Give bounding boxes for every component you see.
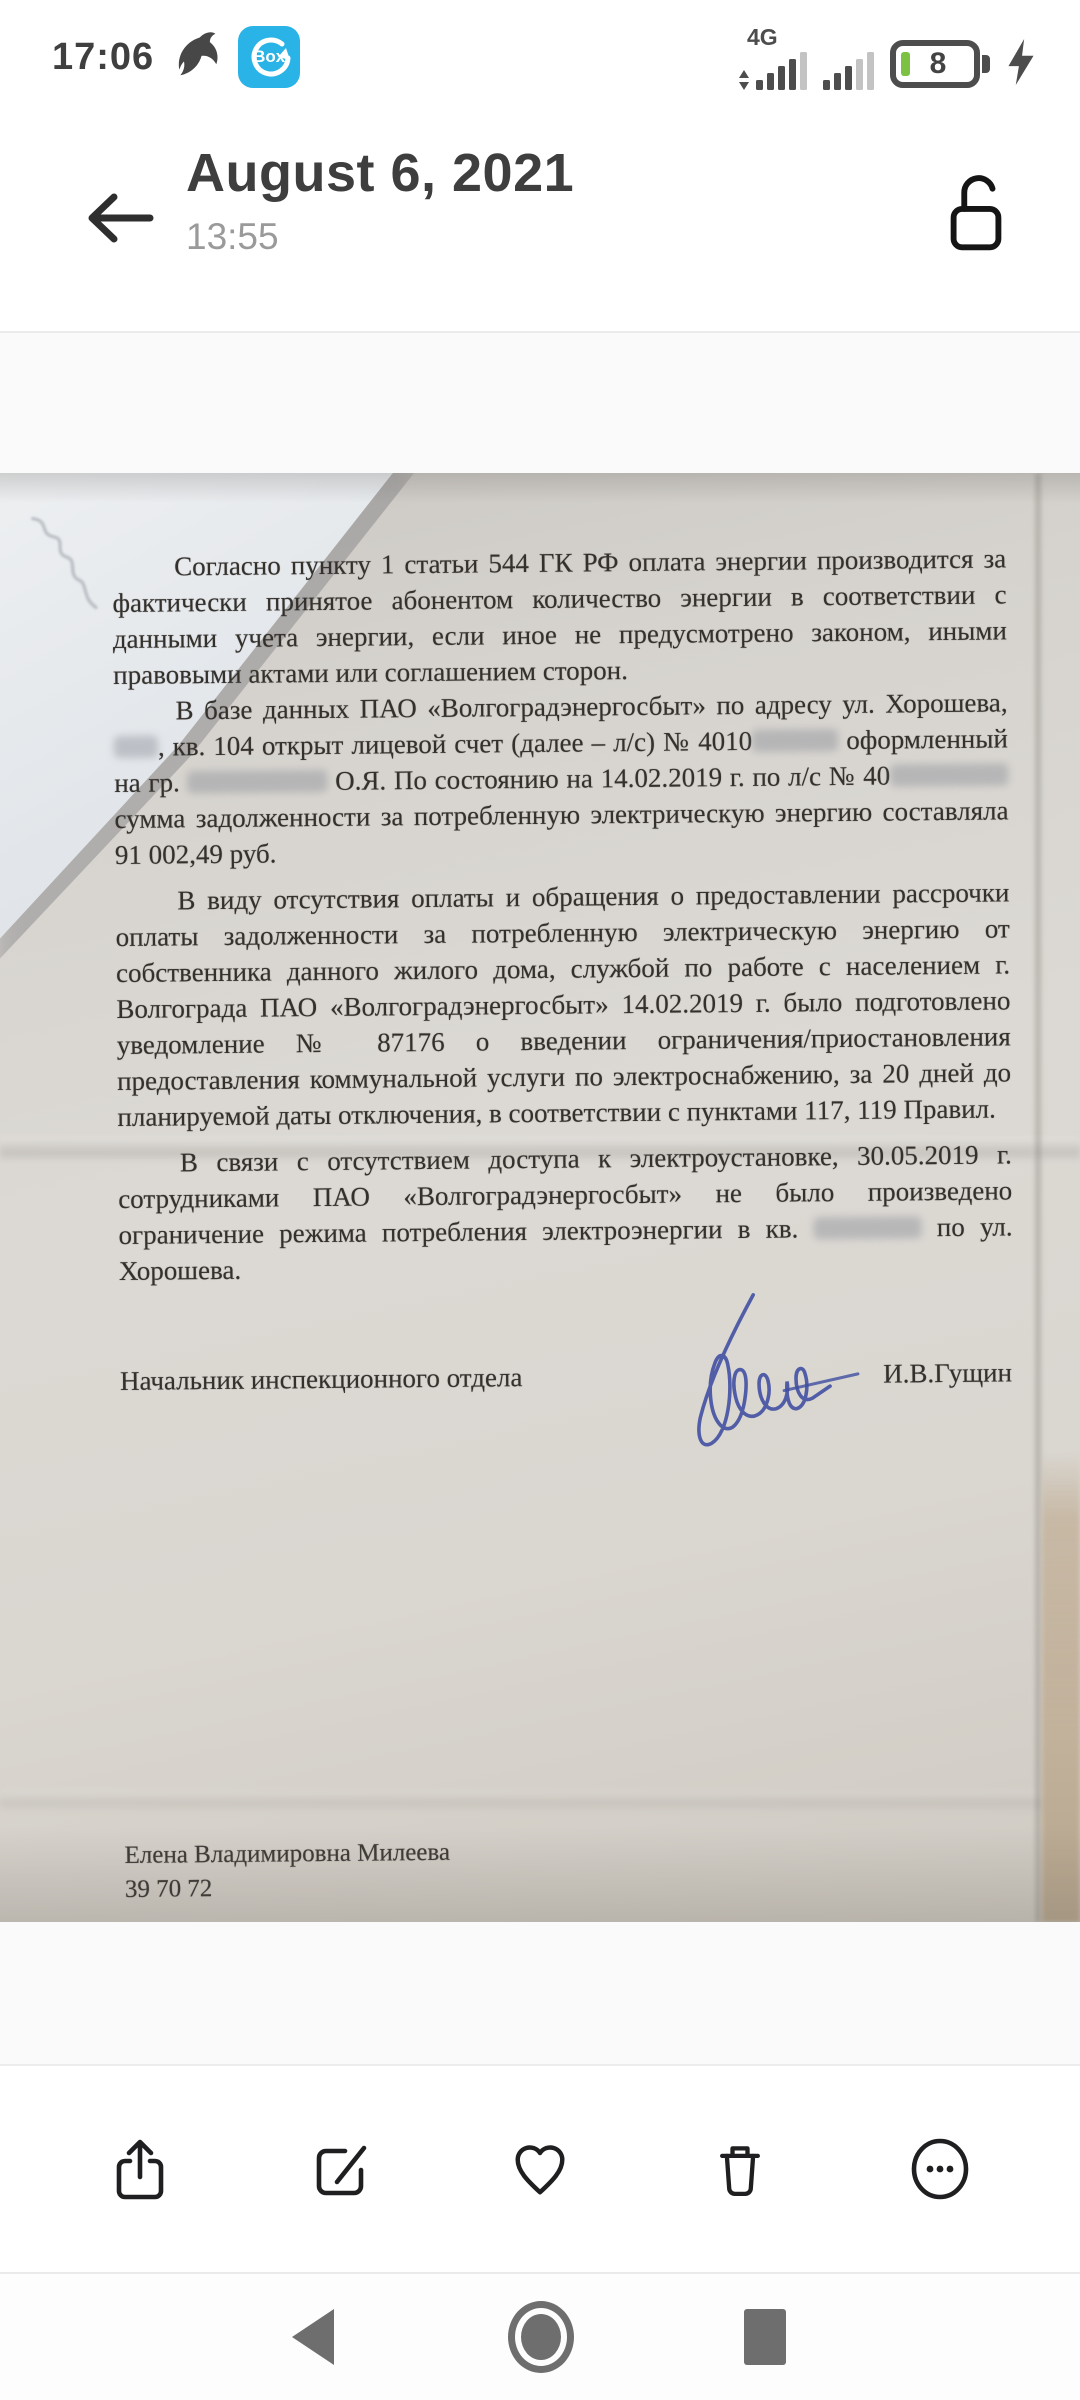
signal-icon-sim2 [823, 24, 874, 90]
document-text-segment: О.Я. По состоянию на 14.02.2019 г. по л/… [327, 761, 890, 796]
edit-icon [309, 2138, 371, 2200]
battery-charge-bar [901, 52, 910, 76]
document-paragraph: Согласно пункту 1 статьи 544 ГК РФ оплат… [112, 540, 1007, 693]
heart-icon [509, 2138, 571, 2200]
redacted-smudge [752, 729, 838, 752]
handwritten-signature [633, 1282, 865, 1483]
more-ellipsis-icon [908, 2136, 972, 2202]
document-text-segment: , кв. 104 открыт лицевой счет (далее – л… [158, 726, 753, 762]
redacted-smudge [114, 736, 158, 758]
background-gap-bottom [0, 1922, 1080, 2066]
photo-view[interactable]: Согласно пункту 1 статьи 544 ГК РФ оплат… [0, 473, 1080, 1922]
back-button[interactable] [84, 188, 154, 248]
share-button[interactable] [106, 2135, 174, 2203]
charging-bolt-icon [1006, 39, 1036, 90]
status-bar: 17:06 Box 4G [0, 0, 1080, 100]
delete-button[interactable] [706, 2135, 774, 2203]
photo-date-block: August 6, 2021 13:55 [186, 142, 574, 258]
unlock-icon [944, 164, 1008, 256]
redacted-smudge [187, 770, 327, 793]
document-text: Согласно пункту 1 статьи 544 ГК РФ оплат… [112, 540, 1019, 1907]
back-arrow-icon [84, 188, 154, 248]
document-paragraph: В связи с отсутствием доступа к электроу… [118, 1136, 1013, 1289]
signer-name: И.В.Гущин [883, 1354, 1012, 1391]
signal-icon-sim1: 4G [737, 24, 807, 90]
nav-back-button[interactable] [292, 2309, 334, 2365]
document-paragraph: В базе данных ПАО «Волгоградэнергосбыт» … [113, 684, 1009, 873]
gallery-header: August 6, 2021 13:55 [0, 100, 1080, 333]
photo-action-toolbar [0, 2066, 1080, 2272]
photo-top-shadow [0, 473, 1080, 503]
more-options-button[interactable] [906, 2135, 974, 2203]
battery-icon: 8 [890, 40, 990, 88]
android-navbar [0, 2272, 1080, 2400]
network-type-label: 4G [747, 24, 778, 51]
data-activity-icon [737, 70, 751, 90]
status-bar-left: 17:06 Box [52, 26, 300, 88]
clock: 17:06 [52, 36, 154, 79]
signer-position: Начальник инспекционного отдела [120, 1359, 523, 1399]
battery-level: 8 [930, 47, 947, 81]
document-paragraphs: Согласно пункту 1 статьи 544 ГК РФ оплат… [112, 540, 1013, 1289]
document-text-segment: В виду отсутствия оплаты и обращения о п… [116, 877, 1012, 1132]
status-bar-right: 4G 8 [737, 24, 1036, 90]
redacted-smudge [890, 763, 1008, 786]
contact-block: Елена Владимировна Милеева 39 70 72 [124, 1830, 1019, 1907]
trash-icon [710, 2137, 770, 2201]
phone-screen: 17:06 Box 4G [0, 0, 1080, 2400]
dolphin-icon [172, 31, 220, 84]
document-text-segment: Согласно пункту 1 статьи 544 ГК РФ оплат… [112, 543, 1007, 690]
unlock-button[interactable] [944, 164, 1008, 256]
redacted-smudge [813, 1216, 921, 1239]
photo-date-title: August 6, 2021 [186, 142, 574, 204]
nav-home-button[interactable] [508, 2301, 574, 2373]
favorite-button[interactable] [506, 2135, 574, 2203]
background-gap-top [0, 333, 1080, 473]
box-app-icon: Box [238, 26, 300, 88]
share-icon [110, 2137, 170, 2201]
edit-button[interactable] [306, 2135, 374, 2203]
nav-recents-button[interactable] [744, 2309, 786, 2365]
signature-row: Начальник инспекционного отдела И.В.Гущи… [120, 1354, 1014, 1399]
document-paragraph: В виду отсутствия оплаты и обращения о п… [115, 874, 1011, 1135]
box-app-label: Box [253, 47, 285, 67]
document-text-segment: сумма задолженности за потребленную элек… [114, 795, 1008, 870]
photo-time-subtitle: 13:55 [186, 216, 574, 258]
document-text-segment: В базе данных ПАО «Волгоградэнергосбыт» … [175, 687, 1007, 725]
